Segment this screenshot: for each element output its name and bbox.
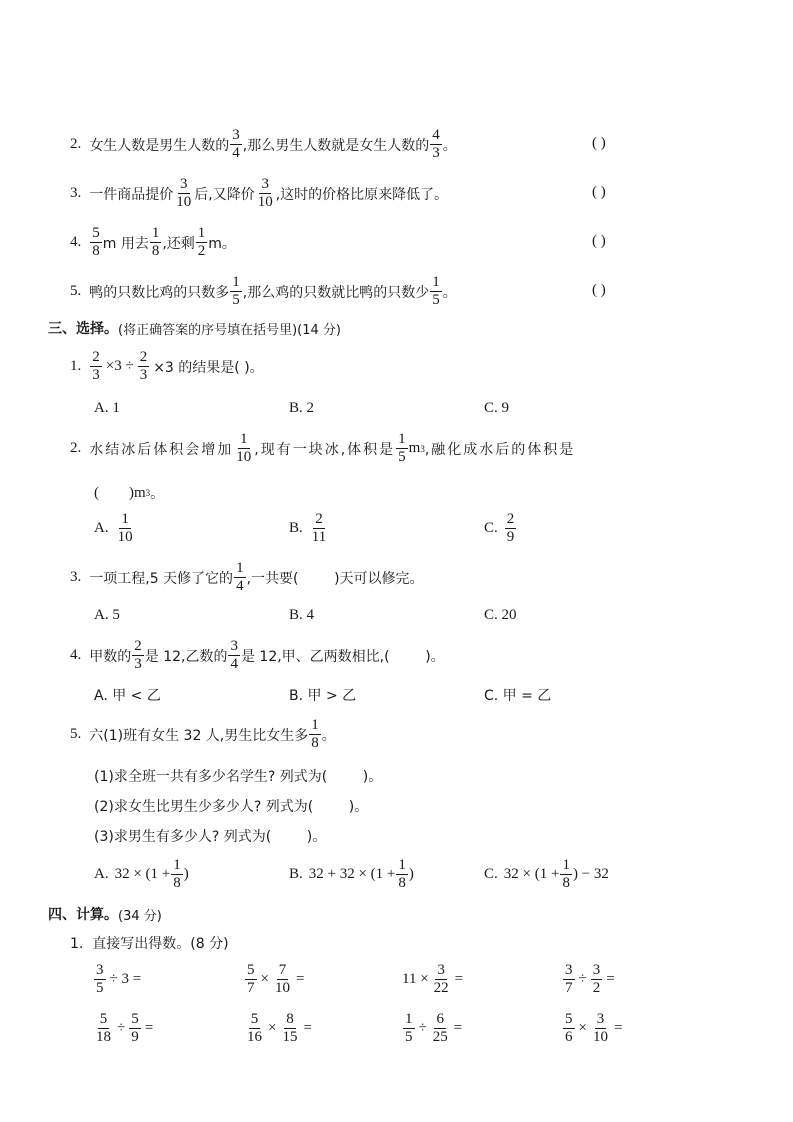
option-a[interactable]: A. 1 [94, 400, 120, 417]
option-b[interactable]: B. 32 + 32 × (1 + 18 ) [289, 858, 414, 891]
option-a[interactable]: A. 甲 < 乙 [94, 685, 161, 705]
section-title: 三、选择。 [48, 318, 118, 338]
item-number: 3. [70, 185, 81, 202]
fraction: 34 [230, 128, 242, 161]
option-a[interactable]: A. 110 [94, 512, 136, 545]
option-c[interactable]: C. 甲 = 乙 [484, 685, 551, 705]
option-a[interactable]: A. 5 [94, 607, 120, 624]
section-3-header: 三、选择。 (将正确答案的序号填在括号里)(14 分) [48, 318, 341, 338]
option-b[interactable]: B. 甲 > 乙 [289, 685, 356, 705]
calc-item-5: 518 ÷ 59 = [93, 1012, 156, 1045]
item-text: ,那么鸡的只数就比鸭的只数少 [243, 282, 429, 302]
calc-item-7: 15 ÷ 625 = [402, 1012, 465, 1045]
fraction: 110 [234, 432, 253, 465]
option-c[interactable]: C. 29 [484, 512, 517, 545]
choice-q5: 5. 六(1)班有女生 32 人,男生比女生多 18 。 [70, 718, 336, 751]
item-text: 一件商品提价 [89, 184, 173, 204]
fraction: 18 [396, 858, 408, 891]
option-b[interactable]: B. 4 [289, 607, 314, 624]
fraction: 58 [90, 226, 102, 259]
item-text: ,那么男生人数就是女生人数的 [243, 135, 429, 155]
item-number: 4. [70, 234, 81, 251]
fraction: 310 [256, 177, 275, 210]
fraction: 23 [90, 350, 102, 383]
fraction: 18 [560, 858, 572, 891]
choice-q3: 3. 一项工程,5 天修了它的 14 ,一共要( )天可以修完。 [70, 561, 424, 594]
option-a[interactable]: A. 32 × (1 + 18 ) [94, 858, 189, 891]
answer-blank[interactable]: ( ) [592, 282, 606, 299]
calc-item-2: 57 × 710 = [244, 963, 307, 996]
sub-question-2: (2)求女生比男生少多少人? 列式为( )。 [94, 796, 368, 816]
fraction: 15 [430, 275, 442, 308]
sub-question-1: (1)求全班一共有多少名学生? 列式为( )。 [94, 766, 382, 786]
fraction: 18 [171, 858, 183, 891]
sub-question-3: (3)求男生有多少人? 列式为( )。 [94, 826, 326, 846]
fraction: 15 [230, 275, 242, 308]
judgement-item-2: 2. 女生人数是男生人数的 34 ,那么男生人数就是女生人数的 43 。 [70, 128, 457, 161]
item-number: 2. [70, 440, 81, 457]
answer-blank[interactable]: ( )m [94, 485, 146, 502]
option-c[interactable]: C. 32 × (1 + 18 ) − 32 [484, 858, 609, 891]
item-number: 3. [70, 569, 81, 586]
item-number: 2. [70, 136, 81, 153]
fraction: 23 [138, 350, 150, 383]
fraction: 18 [150, 226, 162, 259]
option-c[interactable]: C. 20 [484, 607, 517, 624]
answer-blank[interactable]: ( ) [592, 233, 606, 250]
judgement-item-4: 4. 58 m 用去 18 ,还剩 12 m。 [70, 226, 236, 259]
fraction: 23 [132, 639, 144, 672]
choice-q2-line2: ( )m3 。 [94, 483, 164, 503]
calc-item-3: 11 × 322 = [402, 963, 466, 996]
section-note: (将正确答案的序号填在括号里)(14 分) [118, 319, 341, 338]
judgement-item-5: 5. 鸭的只数比鸡的只数多 15 ,那么鸡的只数就比鸭的只数少 15 。 [70, 275, 457, 308]
fraction: 310 [174, 177, 193, 210]
calc-item-4: 37 ÷ 32 = [562, 963, 618, 996]
fraction: 14 [234, 561, 246, 594]
item-number: 4. [70, 647, 81, 664]
calc-item-8: 56 × 310 = [562, 1012, 625, 1045]
item-number: 5. [70, 726, 81, 743]
answer-blank[interactable]: ( ) [592, 184, 606, 201]
fraction: 211 [310, 512, 328, 545]
section-note: (34 分) [118, 905, 162, 924]
section-4-header: 四、计算。 (34 分) [48, 904, 162, 924]
fraction: 110 [116, 512, 135, 545]
option-b[interactable]: B. 211 [289, 512, 329, 545]
item-number: 1. [70, 358, 81, 375]
item-text: 后,又降价 [194, 184, 254, 204]
item-text: 女生人数是男生人数的 [89, 135, 229, 155]
fraction: 12 [196, 226, 208, 259]
option-c[interactable]: C. 9 [484, 400, 509, 417]
option-b[interactable]: B. 2 [289, 400, 314, 417]
calc-item-6: 516 × 815 = [244, 1012, 315, 1045]
answer-blank[interactable]: ( ) [592, 135, 606, 152]
item-text: m 用去 [103, 233, 149, 253]
judgement-item-3: 3. 一件商品提价 310 后,又降价 310 ,这时的价格比原来降低了。 [70, 177, 448, 210]
fraction: 15 [396, 432, 408, 465]
section-4-sub1: 1. 直接写出得数。(8 分) [70, 933, 229, 953]
fraction: 34 [228, 639, 240, 672]
choice-q2: 2. 水结冰后体积会增加 110 ,现有一块冰,体积是 15 m3 ,融化成水后… [70, 432, 575, 465]
fraction: 43 [430, 128, 442, 161]
choice-q1: 1. 23 ×3 ÷ 23 ×3 的结果是( )。 [70, 350, 264, 383]
fraction: 18 [309, 718, 321, 751]
calc-item-1: 35 ÷ 3 = [93, 963, 144, 996]
item-text: ,还剩 [162, 233, 194, 253]
choice-q4: 4. 甲数的 23 是 12,乙数的 34 是 12,甲、乙两数相比,( )。 [70, 639, 445, 672]
item-number: 5. [70, 283, 81, 300]
item-text: 鸭的只数比鸡的只数多 [89, 282, 229, 302]
fraction: 29 [505, 512, 517, 545]
section-title: 四、计算。 [48, 904, 118, 924]
